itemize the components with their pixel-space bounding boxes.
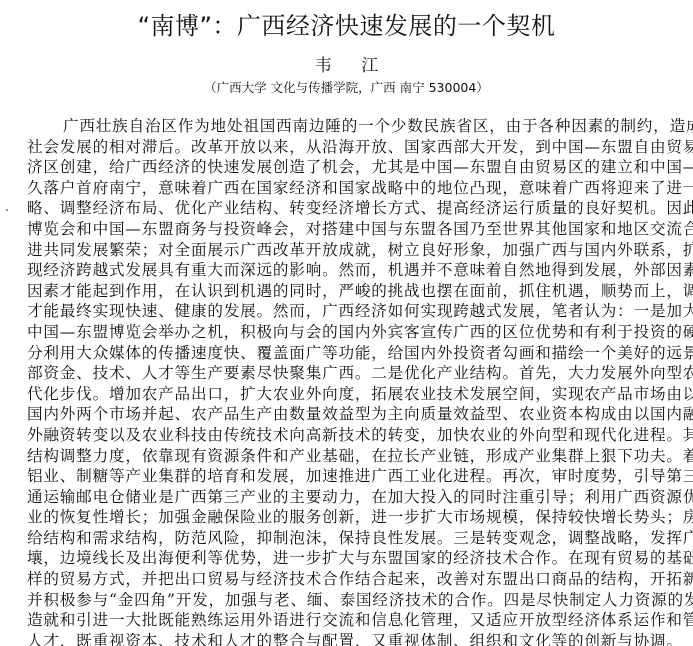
body-line: 久落户首府南宁，意味着广西在国家经济和国家战略中的地位凸现，意味着广西将迎来了进… xyxy=(27,178,669,199)
author-affiliation: （广西大学 文化与传播学院，广西 南宁 530004） xyxy=(0,79,693,97)
body-line: 社会发展的相对滞后。改革开放以来，从沿海开放、国家西部大开发，到中国—东盟自由贸… xyxy=(27,137,669,158)
body-line: 济区创建，给广西经济的快速发展创造了机会，尤其是中国—东盟自由贸易区的建立和中国… xyxy=(27,157,669,178)
body-line: 国内外两个市场并起、农产品生产由数量效益型为主向质量效益型、农业资本构成由以国内… xyxy=(27,404,669,425)
body-line: 中国—东盟博览会举办之机，积极向与会的国内外宾客宣传广西的区位优势和有利于投资的… xyxy=(27,322,669,343)
body-line: 人才，既重视资本、技术和人才的整合与配置，又重视体制、组织和文化等的创新与协调。 xyxy=(27,631,669,646)
body-line: 通运输邮电仓储业是广西第三产业的主要动力，在加大投入的同时注重引导；利用广西资源… xyxy=(27,487,669,508)
body-line: 外融资转变以及农业科技由传统技术向高新技术的转变，加快农业的外向型和现代化进程。… xyxy=(27,425,669,446)
body-line: 因素才能起到作用，在认识到机遇的同时，严峻的挑战也摆在面前，抓住机遇，顺势而上，… xyxy=(27,281,669,302)
body-line: 样的贸易方式，并把出口贸易与经济技术合作结合起来，改善对东盟出口商品的结构，开拓… xyxy=(27,569,669,590)
body-line: 业的恢复性增长；加强金融保险业的服务创新，进一步扩大市场规模，保持较快增长势头；… xyxy=(27,507,669,528)
body-line: 部资金、技术、人才等生产要素尽快聚集广西。二是优化产业结构。首先，大力发展外向型… xyxy=(27,363,669,384)
body-line: 结构调整力度，依靠现有资源条件和产业基础，在拉长产业链，形成产业集群上狠下功夫。… xyxy=(27,446,669,467)
body-line: 博览会和中国—东盟商务与投资峰会，对搭建中国与东盟各国乃至世界其他国家和地区交流… xyxy=(27,219,669,240)
body-line: 才能最终实现快速、健康的发展。然而，广西经济如何实现跨越式发展，笔者认为：一是加… xyxy=(27,301,669,322)
author-name: 韦 江 xyxy=(0,55,693,77)
body-line: 略、调整经济布局、优化产业结构、转变经济增长方式、提高经济运行质量的良好契机。因… xyxy=(27,198,669,219)
body-line: 壤，边境线长及出海便利等优势，进一步扩大与东盟国家的经济技术合作。在现有贸易的基… xyxy=(27,548,669,569)
paper-title: “南博”：广西经济快速发展的一个契机 xyxy=(0,10,693,42)
body-line: 现经济跨越式发展具有重大而深远的影响。然而，机遇并不意味着自然地得到发展，外部因… xyxy=(27,260,669,281)
body-line: 铝业、制糖等产业集群的培育和发展，加速推进广西工业化进程。再次，审时度势，引导第… xyxy=(27,466,669,487)
body-line: 给结构和需求结构，防范风险，抑制泡沫，保持良性发展。三是转变观念，调整战略，发挥… xyxy=(27,528,669,549)
body-line: 代化步伐。增加农产品出口，扩大农业外向度，拓展农业技术发展空间，实现农产品市场由… xyxy=(27,384,669,405)
body-line: 进共同发展繁荣；对全面展示广西改革开放成就，树立良好形象，加强广西与国内外联系，… xyxy=(27,240,669,261)
body-line: 分利用大众媒体的传播速度快、覆盖面广等功能，给国内外投资者勾画和描绘一个美好的远… xyxy=(27,343,669,364)
body-paragraph: 广西壮族自治区作为地处祖国西南边陲的一个少数民族省区，由于各种因素的制约，造成了… xyxy=(27,116,669,646)
body-line: 广西壮族自治区作为地处祖国西南边陲的一个少数民族省区，由于各种因素的制约，造成了… xyxy=(27,116,669,137)
body-line: 并积极参与“金四角”开发，加强与老、缅、泰国经济技术的合作。四是尽快制定人力资源… xyxy=(27,590,669,611)
scan-speck-mark xyxy=(6,209,8,211)
body-line: 造就和引进一大批既能熟练运用外语进行交流和信息化管理，又适应开放型经济体系运作和… xyxy=(27,610,669,631)
